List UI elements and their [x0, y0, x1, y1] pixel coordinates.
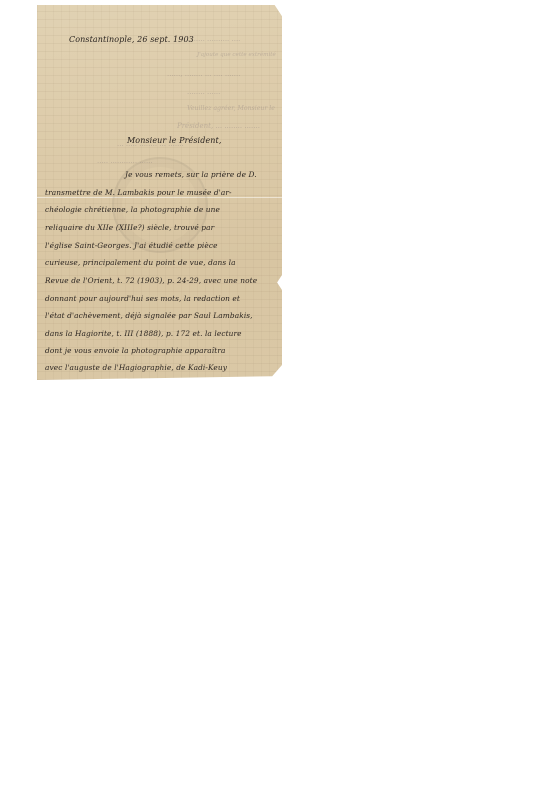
body-line: transmettre de M. Lambakis pour le musée…: [45, 188, 232, 197]
body-line: avec l'auguste de l'Hagiographie, de Kad…: [45, 363, 227, 372]
bleed-through-line: ........ .......... ....: [187, 35, 240, 43]
body-line: chéologie chrétienne, la photographie de…: [45, 205, 220, 214]
body-line: l'église Saint-Georges. J'ai étudié cett…: [45, 241, 218, 250]
body-line: l'état d'achèvement, déjà signalée par S…: [45, 311, 253, 320]
place-date: Constantinople, 26 sept. 1903: [69, 35, 194, 44]
bleed-through-line: ......, ........ ... .... .......: [167, 70, 240, 78]
salutation: Monsieur le Président,: [127, 136, 222, 145]
body-line: Revue de l'Orient, t. 72 (1903), p. 24-2…: [45, 276, 257, 285]
bleed-through-line: ..... ............ ......: [97, 157, 153, 165]
body-line: dans la Hagiorite, t. III (1888), p. 172…: [45, 329, 242, 338]
body-line: donnant pour aujourd'hui ses mots, la re…: [45, 294, 240, 303]
body-line: dont je vous envoie la photographie appa…: [45, 346, 225, 355]
body-line: reliquaire du XIIe (XIIIe?) siècle, trou…: [45, 223, 214, 232]
bleed-through-line: J'ajoute que cette extrémité: [197, 52, 276, 58]
bleed-through-line: Président, ... ........ .......: [177, 122, 260, 130]
bleed-through-line: ........ ......: [187, 88, 220, 96]
body-line: curieuse, principalement du point de vue…: [45, 258, 236, 267]
body-line: Je vous remets, sur la prière de D.: [125, 170, 257, 179]
letter-page: ........ .......... .... J'ajoute que ce…: [37, 5, 282, 380]
bleed-through-line: Veuillez agréer, Monsieur le: [187, 105, 275, 112]
